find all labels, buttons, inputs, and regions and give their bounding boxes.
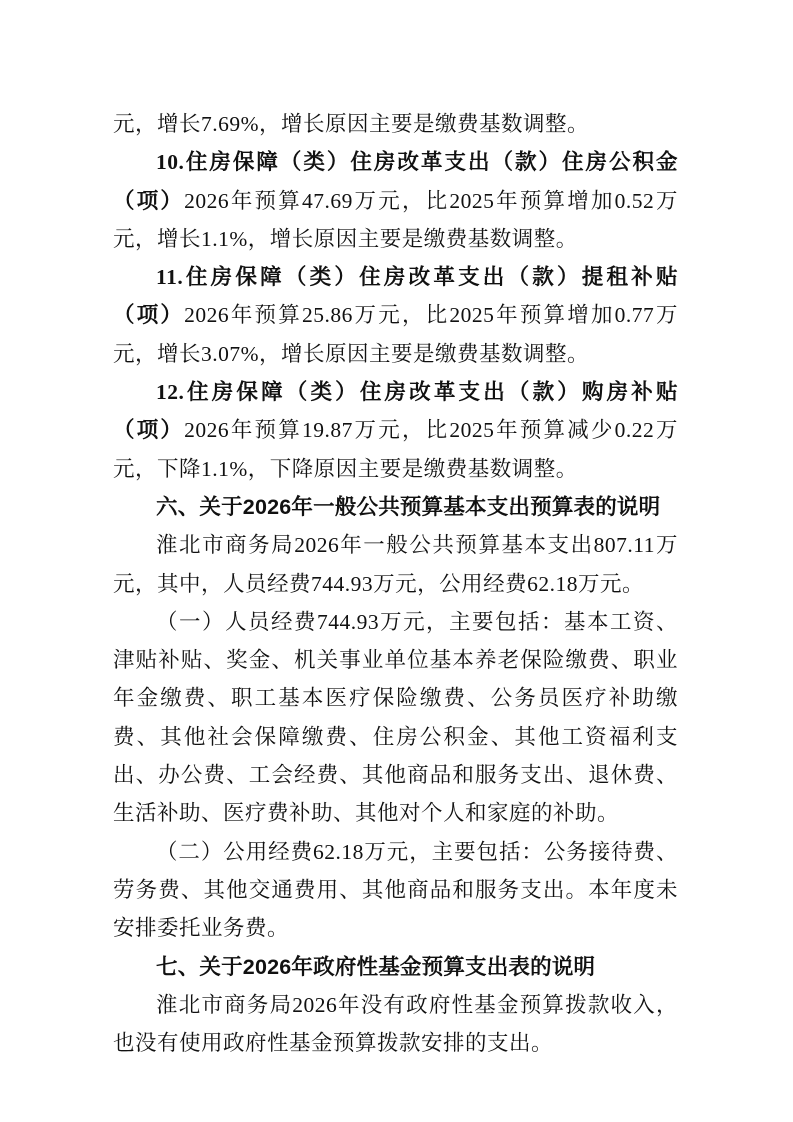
section-7-heading: 七、关于2026年政府性基金预算支出表的说明: [113, 948, 678, 986]
budget-item-11-body: 2026年预算25.86万元，比2025年预算增加0.77万元，增长3.07%，…: [113, 303, 678, 365]
section-7-paragraph: 淮北市商务局2026年没有政府性基金预算拨款收入，也没有使用政府性基金预算拨款安…: [113, 986, 678, 1063]
section-6-paragraph-public-expenses: （二）公用经费62.18万元，主要包括：公务接待费、劳务费、其他交通费用、其他商…: [113, 833, 678, 948]
section-6-heading: 六、关于2026年一般公共预算基本支出预算表的说明: [113, 488, 678, 526]
budget-item-10: 10.住房保障（类）住房改革支出（款）住房公积金（项）2026年预算47.69万…: [113, 143, 678, 258]
budget-item-12-body: 2026年预算19.87万元，比2025年预算减少0.22万元，下降1.1%，下…: [113, 418, 678, 480]
budget-item-11: 11.住房保障（类）住房改革支出（款）提租补贴（项）2026年预算25.86万元…: [113, 258, 678, 373]
section-6-paragraph-summary: 淮北市商务局2026年一般公共预算基本支出807.11万元，其中，人员经费744…: [113, 526, 678, 603]
document-page: 元，增长7.69%，增长原因主要是缴费基数调整。 10.住房保障（类）住房改革支…: [0, 0, 793, 1122]
budget-item-10-body: 2026年预算47.69万元，比2025年预算增加0.52万元，增长1.1%，增…: [113, 189, 678, 251]
budget-item-12: 12.住房保障（类）住房改革支出（款）购房补贴（项）2026年预算19.87万元…: [113, 373, 678, 488]
paragraph-continuation: 元，增长7.69%，增长原因主要是缴费基数调整。: [113, 105, 678, 143]
section-6-paragraph-personnel-expenses: （一）人员经费744.93万元，主要包括：基本工资、津贴补贴、奖金、机关事业单位…: [113, 603, 678, 833]
